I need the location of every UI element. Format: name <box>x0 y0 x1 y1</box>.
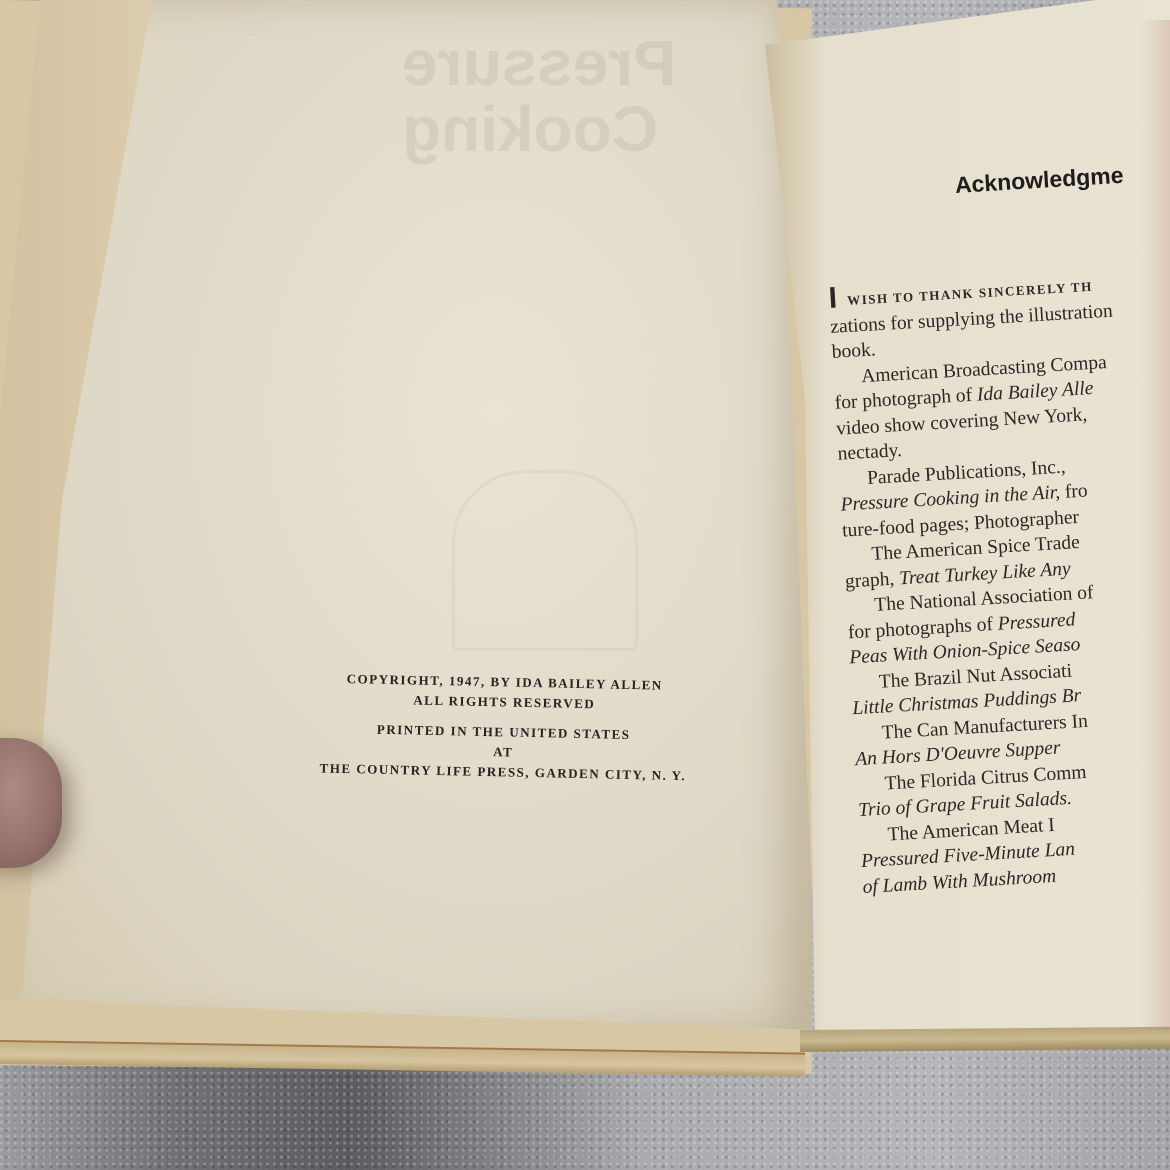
copyright-page: Pressure Cooking <box>22 0 812 1030</box>
photo-scene: Pressure Cooking COPYRIGHT, 1947, BY IDA… <box>0 0 1170 1170</box>
drop-cap: I <box>828 282 838 315</box>
show-through-title: Pressure Cooking <box>402 30 722 162</box>
acknowledgments-body: IWISH TO THANK SINCERELY TH zations for … <box>828 262 1170 900</box>
show-through-emblem <box>452 470 638 651</box>
copyright-imprint: COPYRIGHT, 1947, BY IDA BAILEY ALLEN ALL… <box>293 668 715 787</box>
book-front-cover-edge <box>800 1027 1170 1052</box>
